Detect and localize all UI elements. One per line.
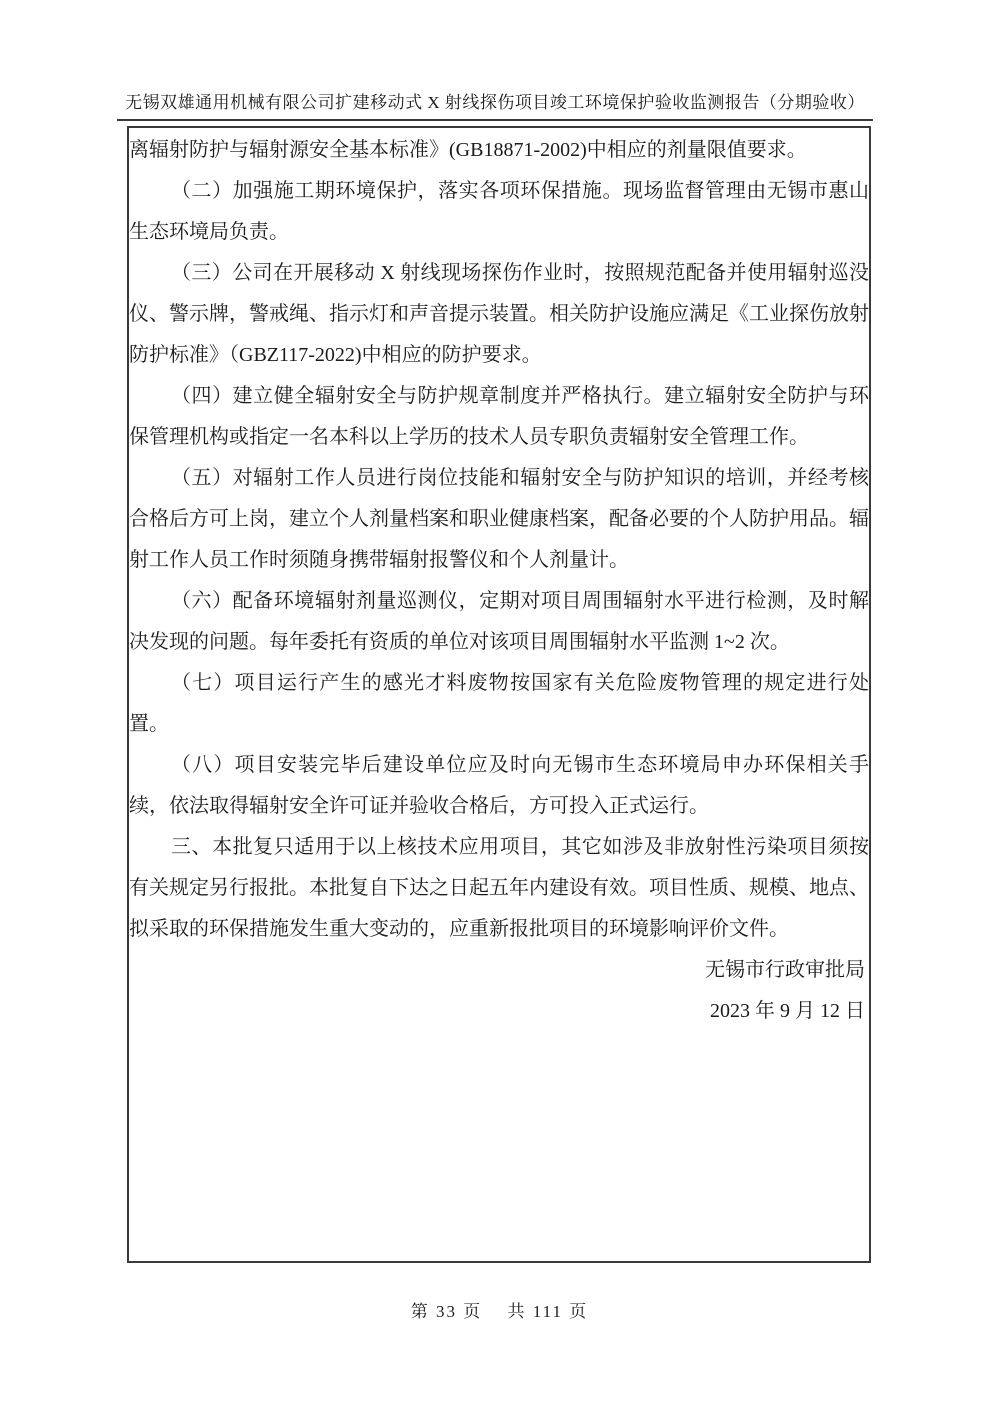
paragraph: （三）公司在开展移动 X 射线现场探伤作业时，按照规范配备并使用辐射巡没仪、警示… — [129, 253, 869, 376]
document-page: 无锡双雄通用机械有限公司扩建移动式 X 射线探伤项目竣工环境保护验收监测报告（分… — [0, 0, 999, 1413]
paragraph: （二）加强施工期环境保护，落实各项环保措施。现场监督管理由无锡市惠山生态环境局负… — [129, 171, 869, 253]
page-footer: 第 33 页 共 111 页 — [0, 1300, 999, 1324]
issue-date: 2023 年 9 月 12 日 — [129, 991, 869, 1032]
approval-content-box: 离辐射防护与辐射源安全基本标准》(GB18871-2002)中相应的剂量限值要求… — [127, 126, 871, 1263]
report-title: 无锡双雄通用机械有限公司扩建移动式 X 射线探伤项目竣工环境保护验收监测报告（分… — [125, 93, 865, 112]
approval-paragraphs: 离辐射防护与辐射源安全基本标准》(GB18871-2002)中相应的剂量限值要求… — [129, 130, 869, 950]
paragraph: （五）对辐射工作人员进行岗位技能和辐射安全与防护知识的培训，并经考核合格后方可上… — [129, 458, 869, 581]
paragraph: （七）项目运行产生的感光才料废物按国家有关危险废物管理的规定进行处置。 — [129, 663, 869, 745]
paragraph: （六）配备环境辐射剂量巡测仪，定期对项目周围辐射水平进行检测，及时解决发现的问题… — [129, 581, 869, 663]
paragraph: 离辐射防护与辐射源安全基本标准》(GB18871-2002)中相应的剂量限值要求… — [129, 130, 869, 171]
paragraph: （四）建立健全辐射安全与防护规章制度并严格执行。建立辐射安全防护与环保管理机构或… — [129, 376, 869, 458]
paragraph: （八）项目安装完毕后建设单位应及时向无锡市生态环境局申办环保相关手续，依法取得辐… — [129, 745, 869, 827]
page-number: 第 33 页 共 111 页 — [411, 1302, 589, 1321]
issuing-authority: 无锡市行政审批局 — [129, 950, 869, 991]
paragraph: 三、本批复只适用于以上核技术应用项目，其它如涉及非放射性污染项目须按有关规定另行… — [129, 827, 869, 950]
page-header: 无锡双雄通用机械有限公司扩建移动式 X 射线探伤项目竣工环境保护验收监测报告（分… — [117, 90, 873, 121]
